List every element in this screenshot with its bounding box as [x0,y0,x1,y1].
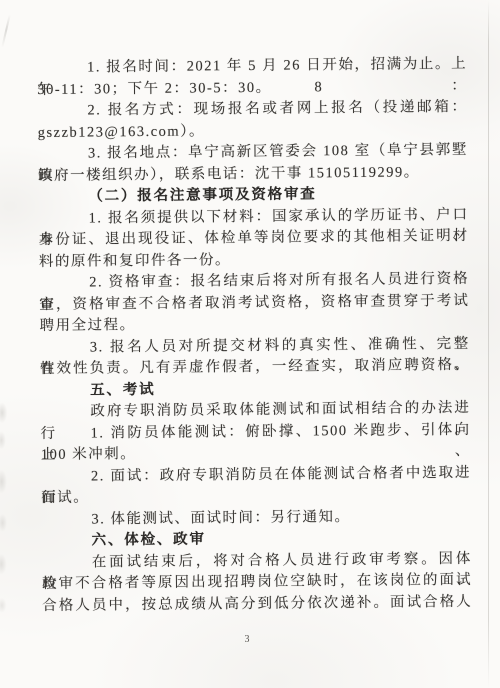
page-number: 3 [0,634,494,645]
scan-artifact-edge-line [488,0,489,688]
text-line: 1. 报名时间：2021 年 5 月 26 日开始，招满为止。上午 8： [37,54,467,80]
text-line: 身份证、退出现役证、体检单等岗位要求的其他相关证明材 [39,226,469,252]
text-line: 有效性负责。凡有弄虚作假者，一经查实，取消应聘资格。 [40,355,470,381]
document-content: 1. 报名时间：2021 年 5 月 26 日开始，招满为止。上午 8： 30-… [37,54,472,617]
text-line: 2. 报名方式：现场报名或者网上报名（投递邮箱： [37,97,467,123]
text-line: 2. 面试：政府专职消防员在体能测试合格者中选取进行 [41,462,471,488]
text-line: 查，资格审查不合格者取消考试资格，资格审查贯穿于考试 [39,290,469,316]
scan-artifact-left-smudges [0,0,14,688]
scanned-document-page: 1. 报名时间：2021 年 5 月 26 日开始，招满为止。上午 8： 30-… [0,0,500,688]
text-line: 1. 消防员体能测试：俯卧撑、1500 米跑步、引体向上、 [41,419,471,445]
text-line: 政府一楼组织办），联系电话：沈干事 15105119299。 [38,161,468,187]
text-line: 合格人员中，按总成绩从高分到低分依次递补。面试合格人 [42,591,472,617]
